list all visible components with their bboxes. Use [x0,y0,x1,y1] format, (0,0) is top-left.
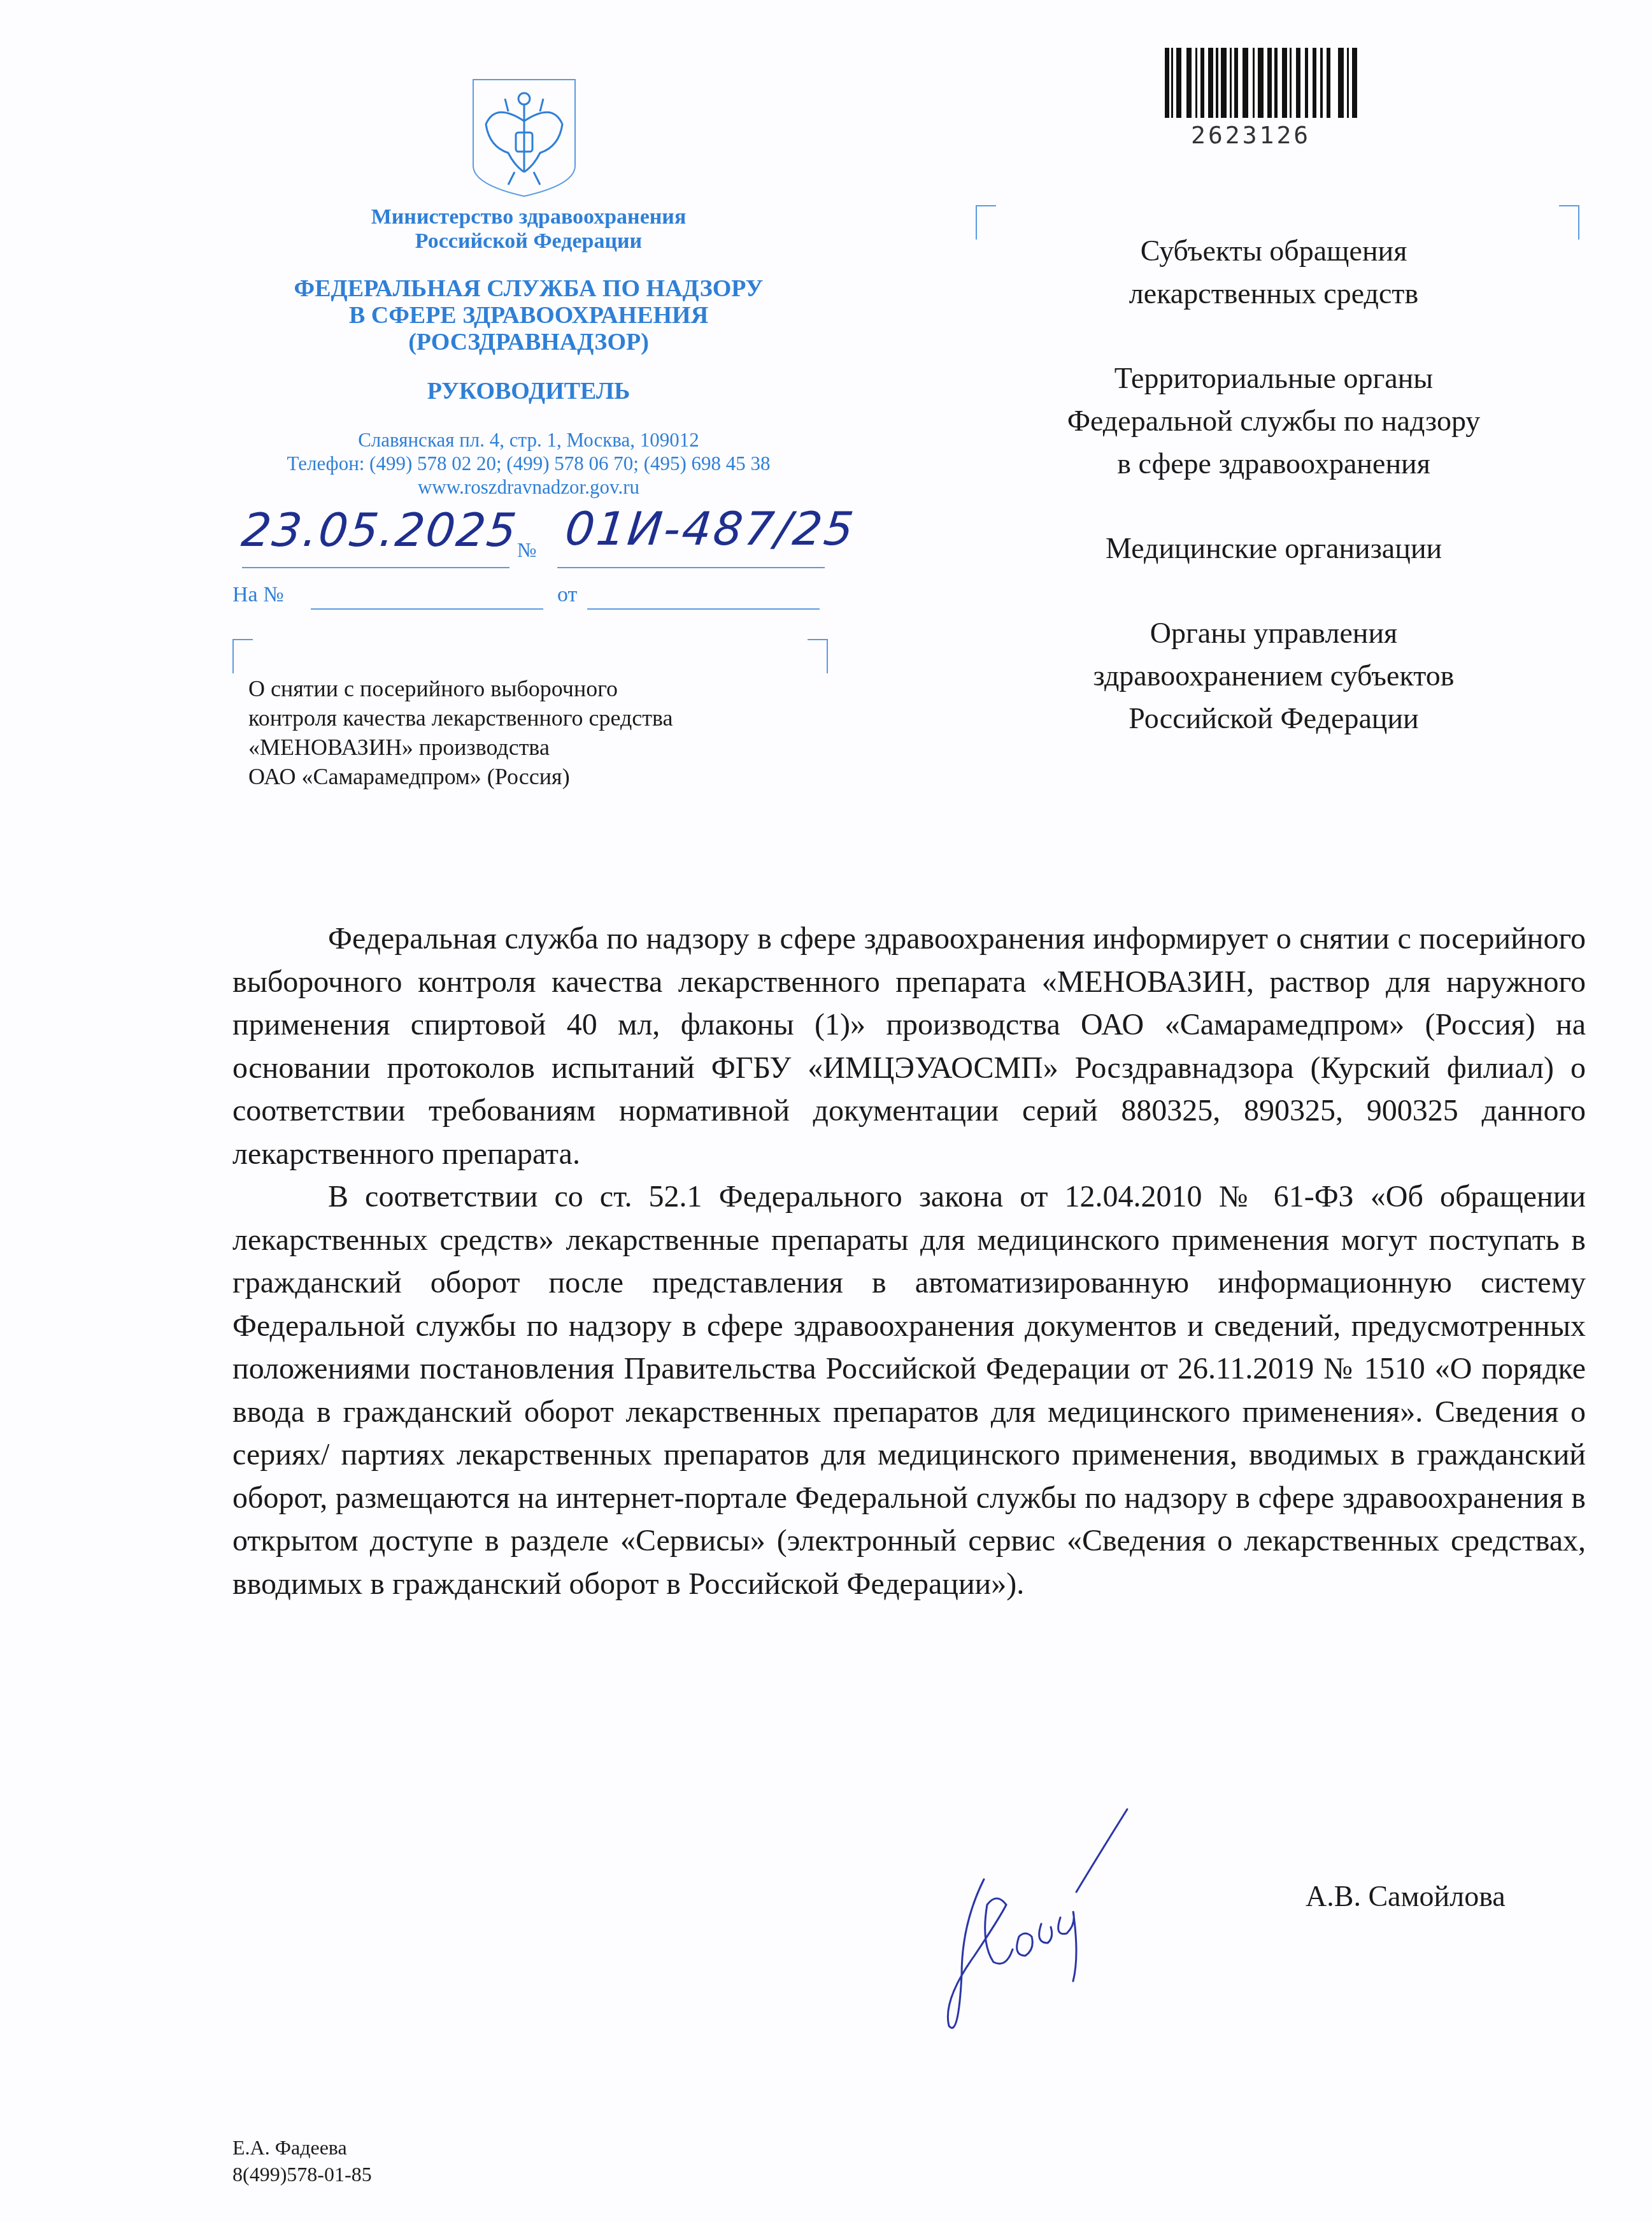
service-name: ФЕДЕРАЛЬНАЯ СЛУЖБА ПО НАДЗОРУ В СФЕРЕ ЗД… [210,275,847,355]
body-paragraph: Федеральная служба по надзору в сфере зд… [232,917,1586,1175]
date-underline [242,567,509,568]
addressee: Субъекты обращения лекарственных средств [993,229,1554,315]
ministry-name: Министерство здравоохранения Российской … [210,205,847,254]
address: Славянская пл. 4, стр. 1, Москва, 109012 [210,428,847,452]
barcode-icon [1162,45,1372,121]
handwritten-signature-icon [923,1796,1306,2064]
signer-name: А.В. Самойлова [1306,1879,1506,1913]
addressees-block: Субъекты обращения лекарственных средств… [993,229,1554,782]
body-paragraph: В соответствии со ст. 52.1 Федерального … [232,1175,1586,1605]
bracket-corner-icon [808,639,828,673]
bracket-corner-icon [232,639,253,673]
addressee: Медицинские организации [993,527,1554,570]
number-underline [557,567,825,568]
addressee: Органы управления здравоохранением субъе… [993,612,1554,740]
registration-date: 23.05.2025 [239,503,520,557]
bracket-corner-icon [1559,205,1579,240]
contact-block: Славянская пл. 4, стр. 1, Москва, 109012… [210,428,847,499]
addressee: Территориальные органы Федеральной служб… [993,357,1554,485]
website-link[interactable]: www.roszdravnadzor.gov.ru [210,475,847,499]
executor-phone: 8(499)578-01-85 [232,2161,372,2188]
executor-block: Е.А. Фадеева 8(499)578-01-85 [232,2134,372,2188]
coat-of-arms-icon [470,76,578,197]
registration-number: 01И-487/25 [563,502,858,555]
reply-to-field [311,608,543,610]
executor-name: Е.А. Фадеева [232,2134,372,2161]
from-field [587,608,820,610]
barcode-number: 2623126 [1191,121,1311,149]
number-label: № [517,538,537,562]
position-title: РУКОВОДИТЕЛЬ [210,377,847,405]
from-label: от [557,583,577,607]
letter-body: Федеральная служба по надзору в сфере зд… [232,917,1586,1605]
reply-to-label: На № [232,583,284,607]
subject-block: О снятии с посерийного выборочного контр… [248,674,673,791]
phones: Телефон: (499) 578 02 20; (499) 578 06 7… [210,452,847,475]
